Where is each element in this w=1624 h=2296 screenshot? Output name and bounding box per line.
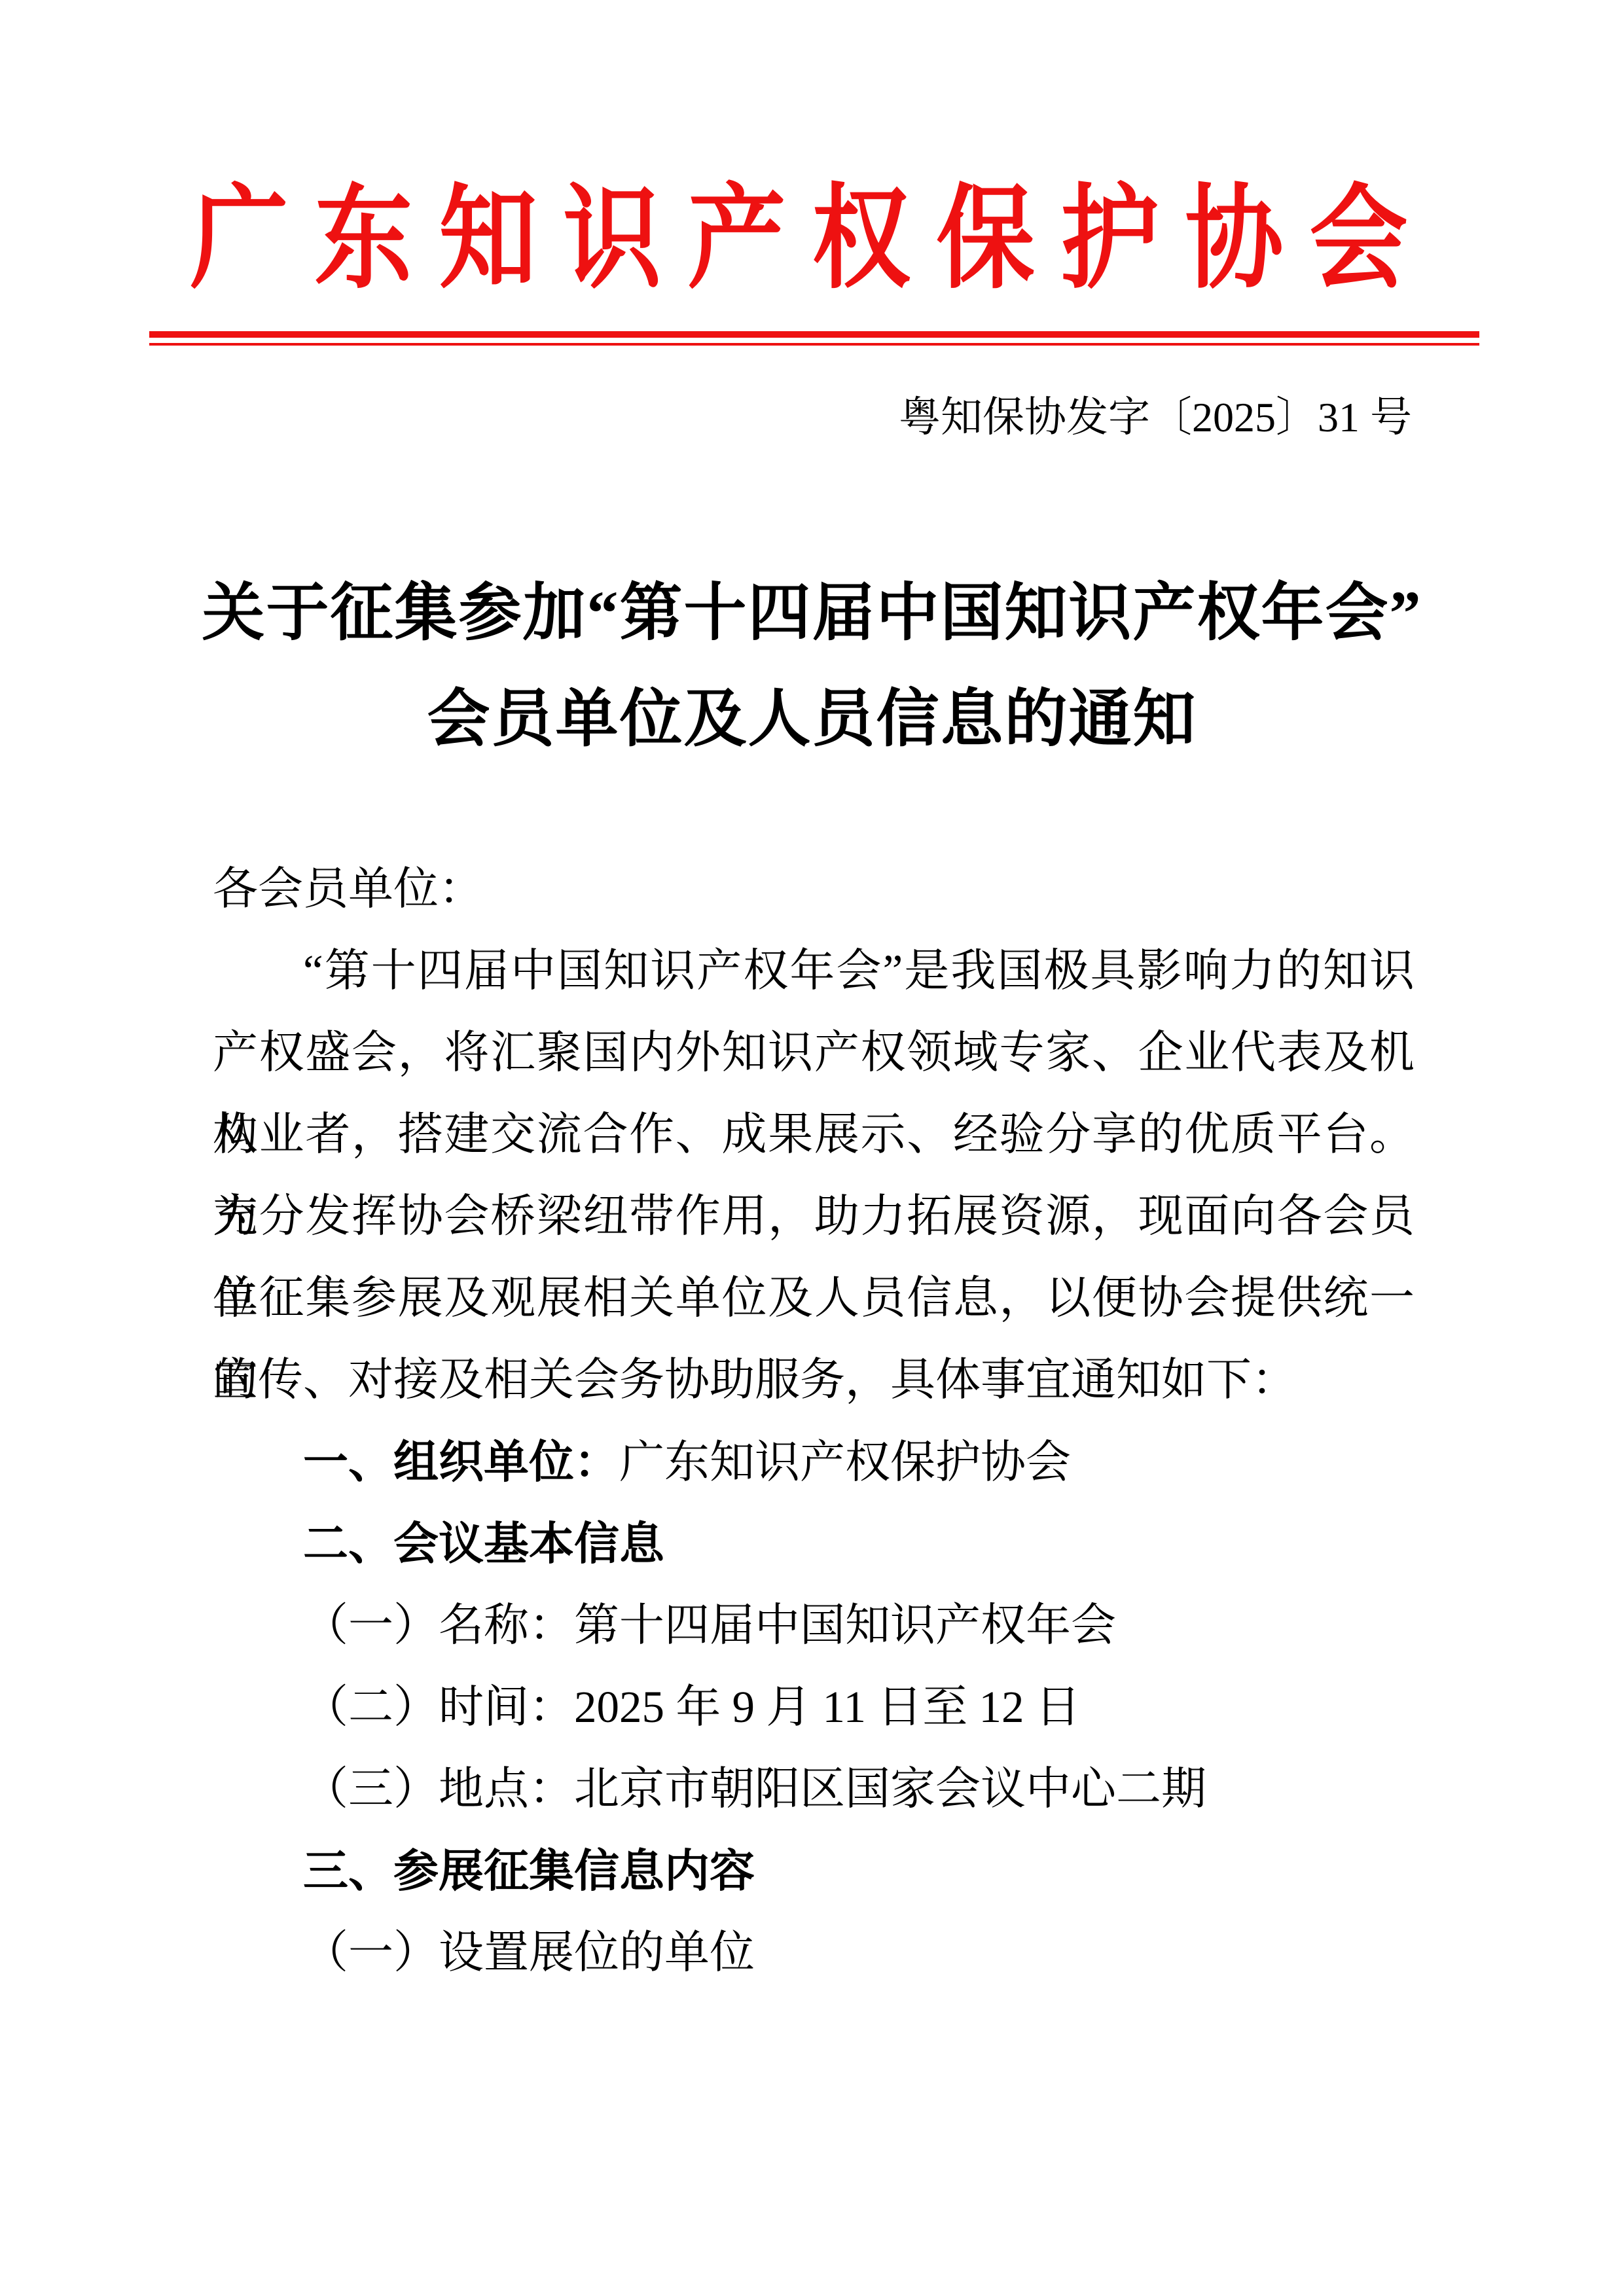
section-item-location: （三）地点：北京市朝阳区国家会议中心二期 (213, 1748, 1415, 1830)
section-text: 广东知识产权保护协会 (619, 1437, 1071, 1487)
section-item-name: （一）名称：第十四届中国知识产权年会 (213, 1585, 1415, 1666)
section-heading-3: 三、参展征集信息内容 (213, 1830, 1415, 1912)
paragraph-line: 从业者，搭建交流合作、成果展示、经验分享的优质平台。为 (213, 1094, 1415, 1175)
paragraph-line: 产权盛会，将汇聚国内外知识产权领域专家、企业代表及机构 (213, 1012, 1415, 1094)
paragraph-line: 位征集参展及观展相关单位及人员信息，以便协会提供统一的 (213, 1257, 1415, 1339)
salutation: 各会员单位： (213, 848, 1415, 930)
section-item-time: （二）时间：2025 年 9 月 11 日至 12 日 (213, 1666, 1415, 1748)
paragraph-line: 充分发挥协会桥梁纽带作用，助力拓展资源，现面向各会员单 (213, 1175, 1415, 1257)
section-item-booth-units: （一）设置展位的单位 (213, 1912, 1415, 1994)
section-label: 三、参展征集信息内容 (303, 1846, 755, 1896)
section-label: 二、会议基本信息 (303, 1518, 664, 1569)
section-heading-1: 一、组织单位：广东知识产权保护协会 (213, 1421, 1415, 1503)
document-page: 广东知识产权保护协会 粤知保协发字〔2025〕31 号 关于征集参加“第十四届中… (0, 0, 1624, 2296)
document-title-line1: 关于征集参加“第十四届中国知识产权年会” (0, 560, 1624, 666)
paragraph-line: 宣传、对接及相关会务协助服务，具体事宜通知如下： (213, 1339, 1415, 1421)
red-rule-thin (149, 343, 1479, 346)
red-double-rule (149, 331, 1479, 346)
paragraph-line: “第十四届中国知识产权年会”是我国极具影响力的知识 (213, 930, 1415, 1012)
document-title-line2: 会员单位及人员信息的通知 (0, 666, 1624, 772)
section-label: 一、组织单位： (303, 1437, 619, 1487)
document-title: 关于征集参加“第十四届中国知识产权年会” 会员单位及人员信息的通知 (0, 560, 1624, 772)
document-number: 粤知保协发字〔2025〕31 号 (899, 391, 1412, 444)
document-body: 各会员单位： “第十四届中国知识产权年会”是我国极具影响力的知识 产权盛会，将汇… (213, 848, 1415, 1994)
red-rule-thick (149, 331, 1479, 338)
org-masthead-title: 广东知识产权保护协会 (0, 178, 1624, 302)
section-heading-2: 二、会议基本信息 (213, 1503, 1415, 1585)
